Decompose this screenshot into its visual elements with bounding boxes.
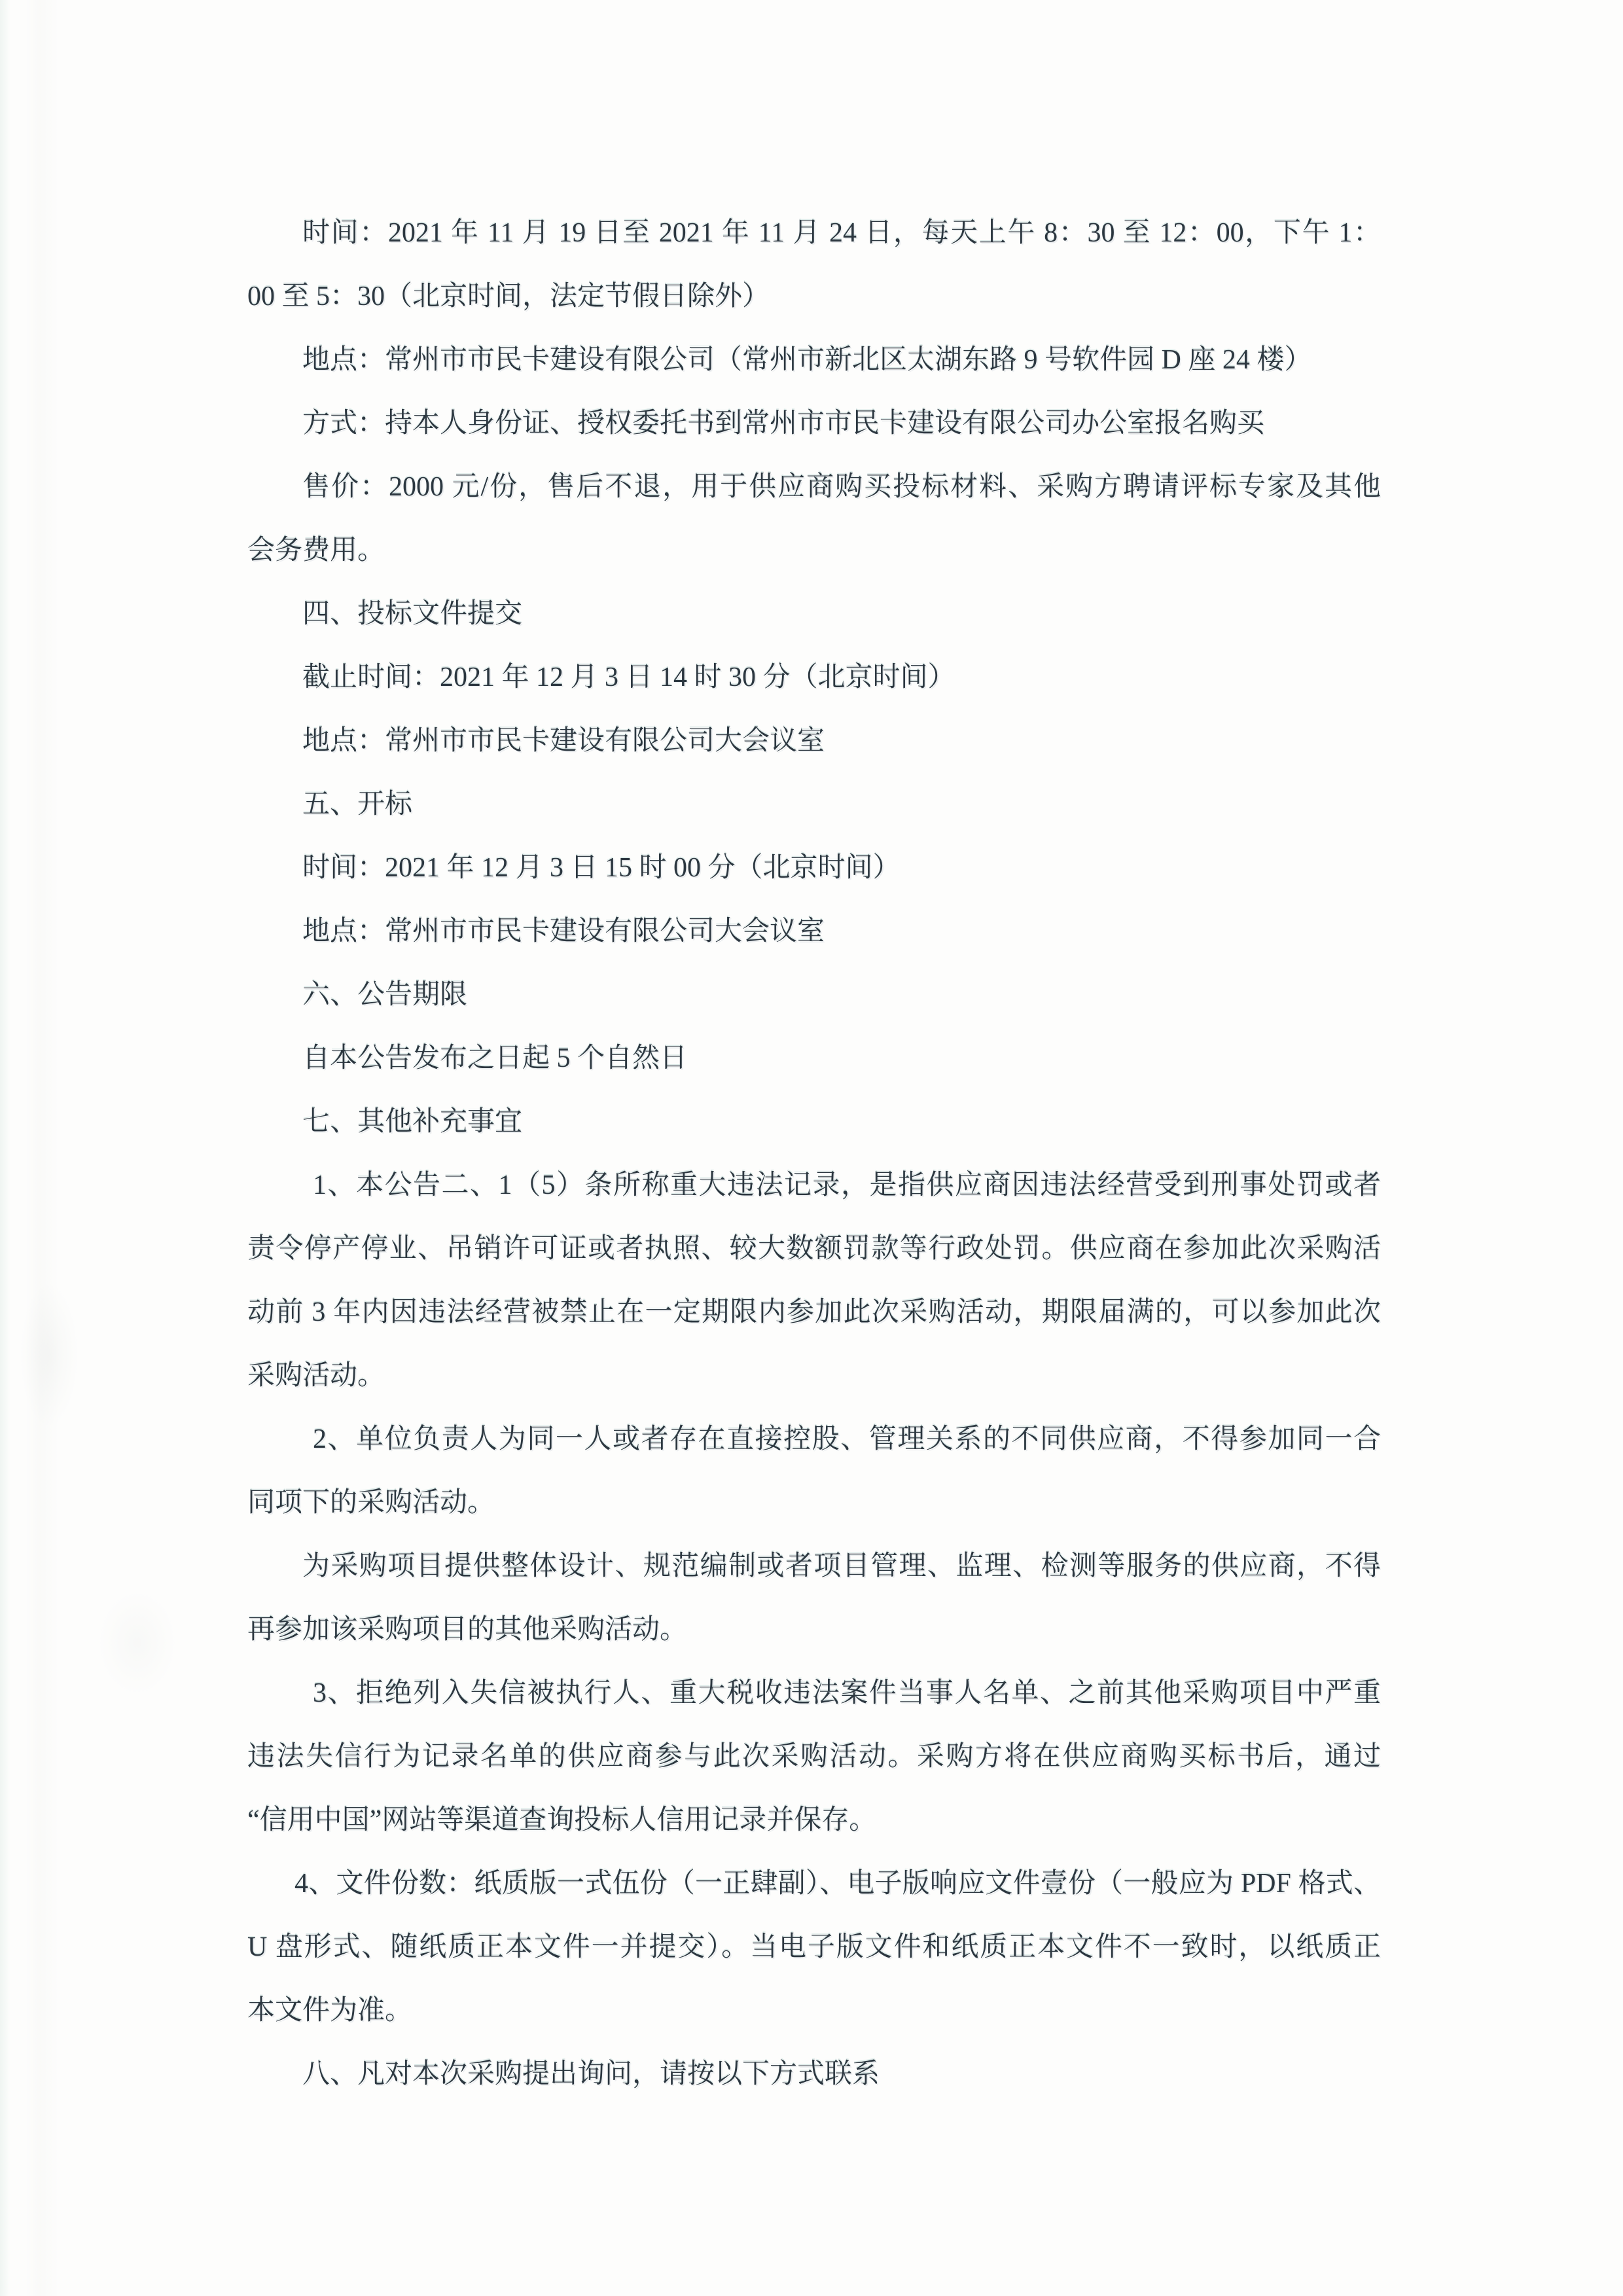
text-line: 截止时间：2021 年 12 月 3 日 14 时 30 分（北京时间） xyxy=(247,646,1381,709)
text-line: 自本公告发布之日起 5 个自然日 xyxy=(247,1027,1381,1090)
text-line: 动前 3 年内因违法经营被禁止在一定期限内参加此次采购活动，期限届满的，可以参加… xyxy=(247,1281,1381,1344)
text-line: 五、开标 xyxy=(247,773,1381,836)
text-line: U 盘形式、随纸质正本文件一并提交）。当电子版文件和纸质正本文件不一致时，以纸质… xyxy=(247,1916,1381,1979)
text-line: 4、文件份数：纸质版一式伍份（一正肆副）、电子版响应文件壹份（一般应为 PDF … xyxy=(247,1852,1381,1916)
text-line: 再参加该采购项目的其他采购活动。 xyxy=(247,1598,1381,1662)
text-line: 2、单位负责人为同一人或者存在直接控股、管理关系的不同供应商，不得参加同一合 xyxy=(247,1408,1381,1471)
text-line: 00 至 5：30（北京时间，法定节假日除外） xyxy=(247,265,1381,329)
text-line: 地点：常州市市民卡建设有限公司大会议室 xyxy=(247,709,1381,773)
text-line: 3、拒绝列入失信被执行人、重大税收违法案件当事人名单、之前其他采购项目中严重 xyxy=(247,1662,1381,1725)
text-line: 时间：2021 年 11 月 19 日至 2021 年 11 月 24 日，每天… xyxy=(247,202,1381,265)
text-line: 时间：2021 年 12 月 3 日 15 时 00 分（北京时间） xyxy=(247,836,1381,900)
text-line: 四、投标文件提交 xyxy=(247,583,1381,646)
text-line: 售价：2000 元/份，售后不退，用于供应商购买投标材料、采购方聘请评标专家及其… xyxy=(247,456,1381,519)
text-line: 1、本公告二、1（5）条所称重大违法记录，是指供应商因违法经营受到刑事处罚或者 xyxy=(247,1154,1381,1217)
text-line: 为采购项目提供整体设计、规范编制或者项目管理、监理、检测等服务的供应商，不得 xyxy=(247,1535,1381,1598)
scanned-document-page: 时间：2021 年 11 月 19 日至 2021 年 11 月 24 日，每天… xyxy=(0,0,1623,2296)
text-line: 方式：持本人身份证、授权委托书到常州市市民卡建设有限公司办公室报名购买 xyxy=(247,392,1381,456)
text-line: “信用中国”网站等渠道查询投标人信用记录并保存。 xyxy=(247,1789,1381,1852)
text-line: 同项下的采购活动。 xyxy=(247,1471,1381,1535)
document-body: 时间：2021 年 11 月 19 日至 2021 年 11 月 24 日，每天… xyxy=(247,202,1381,2106)
text-line: 采购活动。 xyxy=(247,1344,1381,1408)
text-line: 地点：常州市市民卡建设有限公司（常州市新北区太湖东路 9 号软件园 D 座 24… xyxy=(247,329,1381,392)
text-line: 地点：常州市市民卡建设有限公司大会议室 xyxy=(247,900,1381,963)
text-line: 本文件为准。 xyxy=(247,1979,1381,2043)
scan-smudge xyxy=(98,1590,177,1695)
text-line: 会务费用。 xyxy=(247,519,1381,583)
scan-smudge xyxy=(20,1283,79,1427)
text-line: 七、其他补充事宜 xyxy=(247,1090,1381,1154)
text-line: 八、凡对本次采购提出询问，请按以下方式联系 xyxy=(247,2043,1381,2106)
text-line: 责令停产停业、吊销许可证或者执照、较大数额罚款等行政处罚。供应商在参加此次采购活 xyxy=(247,1217,1381,1281)
text-line: 违法失信行为记录名单的供应商参与此次采购活动。采购方将在供应商购买标书后，通过 xyxy=(247,1725,1381,1789)
text-line: 六、公告期限 xyxy=(247,963,1381,1027)
